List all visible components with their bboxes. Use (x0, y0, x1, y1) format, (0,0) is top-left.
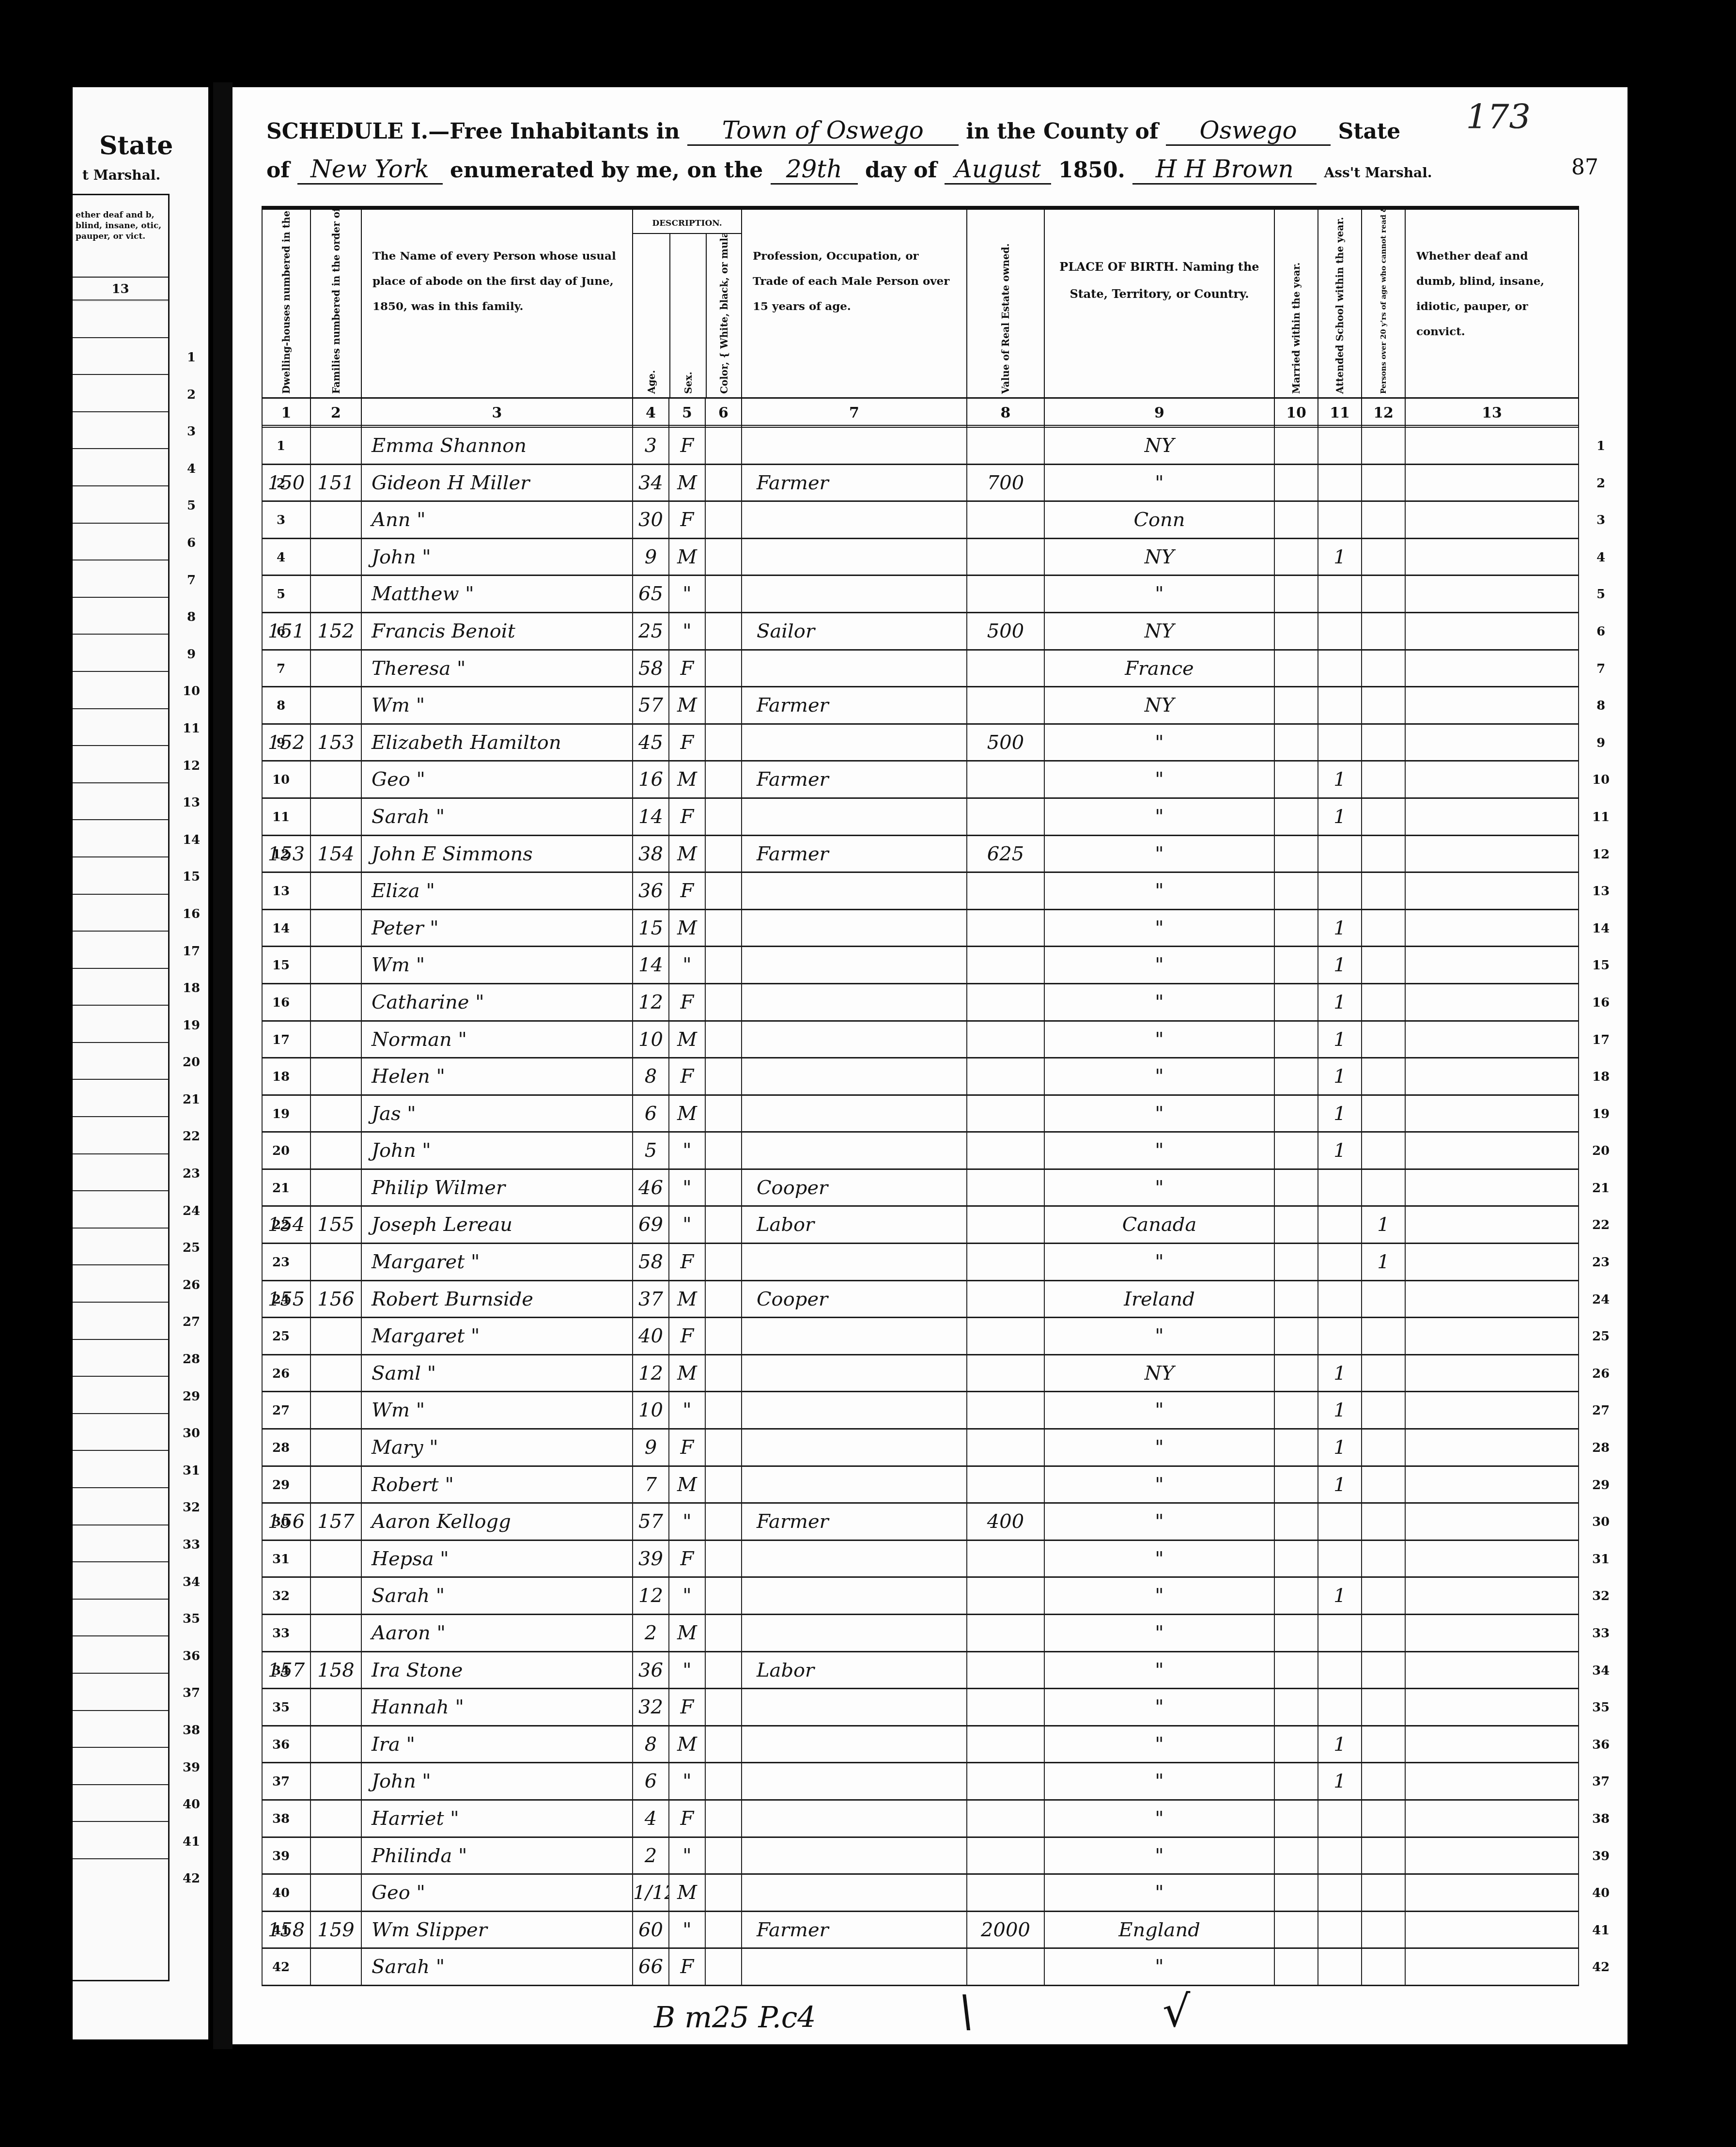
remarks-cell (1405, 947, 1579, 983)
school-mark-cell (1317, 428, 1361, 464)
sex-cell: M (668, 910, 705, 946)
place-of-birth-cell: " (1044, 1430, 1274, 1465)
married-mark-cell (1274, 725, 1317, 761)
person-name-cell: Robert Burnside (361, 1281, 632, 1317)
occupation-cell (741, 725, 966, 761)
person-name-cell: Harriet " (361, 1801, 632, 1836)
header-occupation: Profession, Occupation, or Trade of each… (741, 210, 966, 399)
color-cell (705, 984, 741, 1020)
sex-cell: F (668, 1689, 705, 1725)
real-estate-value-cell (966, 1615, 1044, 1651)
remarks-cell (1405, 1727, 1579, 1762)
occupation-cell (741, 1096, 966, 1132)
illiterate-mark-cell: 1 (1361, 1244, 1405, 1280)
family-number-cell (310, 910, 361, 946)
married-mark-cell (1274, 1207, 1317, 1243)
real-estate-value-cell (966, 1392, 1044, 1428)
sex-cell: " (668, 1133, 705, 1168)
real-estate-value-cell (966, 984, 1044, 1020)
row-number-left: 11 (271, 799, 291, 836)
row-number-right: 1 (1584, 428, 1618, 465)
age-cell: 57 (632, 1504, 668, 1540)
age-cell: 3 (632, 428, 668, 464)
sex-cell: F (668, 1801, 705, 1836)
age-cell: 10 (632, 1022, 668, 1058)
married-mark-cell (1274, 1281, 1317, 1317)
school-mark-cell: 1 (1317, 762, 1361, 797)
column-number: 5 (668, 399, 705, 428)
remarks-cell (1405, 613, 1579, 649)
place-of-birth-cell: Ireland (1044, 1281, 1274, 1317)
table-row: Philinda "2"" (262, 1838, 1579, 1875)
age-cell: 12 (632, 984, 668, 1020)
color-cell (705, 1838, 741, 1874)
illiterate-mark-cell (1361, 1170, 1405, 1206)
real-estate-value-cell (966, 1875, 1044, 1911)
family-number-cell (310, 1096, 361, 1132)
color-cell (705, 1096, 741, 1132)
table-row: 153154John E Simmons38MFarmer625" (262, 836, 1579, 873)
school-mark-cell: 1 (1317, 539, 1361, 575)
row-number-left: 6 (271, 613, 291, 651)
age-cell: 14 (632, 799, 668, 835)
illiterate-mark-cell (1361, 687, 1405, 723)
left-page-row (73, 1340, 168, 1377)
occupation-cell (741, 984, 966, 1020)
column-number: 8 (966, 399, 1044, 428)
sex-cell: M (668, 539, 705, 575)
real-estate-value-cell (966, 873, 1044, 909)
married-mark-cell (1274, 1875, 1317, 1911)
row-number-left: 26 (271, 1355, 291, 1393)
occupation-cell (741, 1392, 966, 1428)
remarks-cell (1405, 1430, 1579, 1465)
remarks-cell (1405, 762, 1579, 797)
illiterate-mark-cell (1361, 1281, 1405, 1317)
left-page-row (73, 635, 168, 672)
header-married: Married within the year. (1274, 210, 1317, 399)
family-number-cell (310, 1244, 361, 1280)
occupation-cell: Sailor (741, 613, 966, 649)
place-of-birth-cell: " (1044, 1318, 1274, 1354)
state-label: State (1338, 119, 1400, 144)
table-row: Mary "9F"1 (262, 1430, 1579, 1467)
sex-cell: M (668, 687, 705, 723)
real-estate-value-cell (966, 910, 1044, 946)
table-row: Wm "10""1 (262, 1392, 1579, 1430)
age-cell: 8 (632, 1058, 668, 1094)
row-number-left: 9 (271, 725, 291, 762)
remarks-cell (1405, 836, 1579, 872)
census-page: SCHEDULE I.—Free Inhabitants in Town of … (232, 87, 1627, 2044)
real-estate-value-cell (966, 576, 1044, 612)
real-estate-value-cell (966, 1355, 1044, 1391)
left-page-row (73, 672, 168, 709)
color-cell (705, 799, 741, 835)
occupation-cell (741, 1318, 966, 1354)
row-number-left: 36 (271, 1727, 291, 1764)
place-of-birth-cell: " (1044, 947, 1274, 983)
school-mark-cell (1317, 1838, 1361, 1874)
sex-cell: M (668, 1727, 705, 1762)
row-number-right: 19 (1584, 1096, 1618, 1133)
left-page-row-number: 2 (179, 376, 203, 414)
illiterate-mark-cell (1361, 1467, 1405, 1503)
header-school: Attended School within the year. (1317, 210, 1361, 399)
row-number-left: 25 (271, 1318, 291, 1355)
married-mark-cell (1274, 1022, 1317, 1058)
color-cell (705, 1949, 741, 1985)
table-row: John "6""1 (262, 1763, 1579, 1801)
occupation-cell (741, 910, 966, 946)
remarks-cell (1405, 428, 1579, 464)
color-cell (705, 1355, 741, 1391)
illiterate-mark-cell (1361, 1318, 1405, 1354)
real-estate-value-cell (966, 1578, 1044, 1614)
school-mark-cell: 1 (1317, 910, 1361, 946)
family-number-cell (310, 651, 361, 686)
header-description: DESCRIPTION. (633, 210, 741, 234)
illiterate-mark-cell (1361, 1615, 1405, 1651)
row-number-right: 9 (1584, 725, 1618, 762)
person-name-cell: Gideon H Miller (361, 465, 632, 501)
age-cell: 58 (632, 1244, 668, 1280)
left-page-row (73, 449, 168, 486)
real-estate-value-cell (966, 1096, 1044, 1132)
place-of-birth-cell: " (1044, 725, 1274, 761)
left-page-marshal-label: t Marshal. (82, 167, 160, 183)
left-page-row-number: 39 (179, 1749, 203, 1787)
book-binding-gutter (213, 82, 232, 2049)
school-mark-cell: 1 (1317, 1763, 1361, 1799)
remarks-cell (1405, 725, 1579, 761)
real-estate-value-cell (966, 1801, 1044, 1836)
row-number-right: 35 (1584, 1689, 1618, 1727)
table-row: Ira "8M"1 (262, 1727, 1579, 1764)
illiterate-mark-cell (1361, 502, 1405, 538)
row-number-left: 17 (271, 1022, 291, 1059)
color-cell (705, 1281, 741, 1317)
row-number-left: 41 (271, 1912, 291, 1949)
real-estate-value-cell (966, 1949, 1044, 1985)
left-page-row (73, 1600, 168, 1637)
person-name-cell: John E Simmons (361, 836, 632, 872)
row-number-right: 22 (1584, 1207, 1618, 1244)
row-number-left: 37 (271, 1763, 291, 1801)
row-number-left: 1 (271, 428, 291, 465)
left-page-row-number: 16 (179, 896, 203, 933)
column-number: 3 (361, 399, 632, 428)
illiterate-mark-cell (1361, 1541, 1405, 1577)
left-page-row-number: 6 (179, 525, 203, 562)
table-row: Catharine "12F"1 (262, 984, 1579, 1022)
year-label: 1850. (1058, 158, 1125, 183)
place-of-birth-cell: " (1044, 984, 1274, 1020)
person-name-cell: Ann " (361, 502, 632, 538)
bottom-annotations: B m25 P.c4 \ √ (232, 2001, 1627, 2049)
sex-cell: M (668, 1355, 705, 1391)
row-number-left: 22 (271, 1207, 291, 1244)
left-page-row-number: 10 (179, 673, 203, 710)
remarks-cell (1405, 465, 1579, 501)
sex-cell: " (668, 613, 705, 649)
school-mark-cell: 1 (1317, 799, 1361, 835)
left-page-row-number: 14 (179, 822, 203, 859)
table-row: Peter "15M"1 (262, 910, 1579, 948)
married-mark-cell (1274, 465, 1317, 501)
school-mark-cell: 1 (1317, 1727, 1361, 1762)
illiterate-mark-cell: 1 (1361, 1207, 1405, 1243)
left-page-row-number: 30 (179, 1415, 203, 1452)
remarks-cell (1405, 1207, 1579, 1243)
family-number-cell (310, 1355, 361, 1391)
married-mark-cell (1274, 1355, 1317, 1391)
age-cell: 15 (632, 910, 668, 946)
color-cell (705, 1170, 741, 1206)
illiterate-mark-cell (1361, 1801, 1405, 1836)
family-number-cell (310, 1689, 361, 1725)
place-of-birth-cell: " (1044, 1615, 1274, 1651)
occupation-cell (741, 1467, 966, 1503)
sex-cell: M (668, 1467, 705, 1503)
illiterate-mark-cell (1361, 1058, 1405, 1094)
left-page-row (73, 1117, 168, 1154)
row-number-right: 36 (1584, 1727, 1618, 1764)
married-mark-cell (1274, 1318, 1317, 1354)
occupation-cell: Farmer (741, 762, 966, 797)
person-name-cell: Hannah " (361, 1689, 632, 1725)
remarks-cell (1405, 651, 1579, 686)
married-mark-cell (1274, 1652, 1317, 1688)
color-cell (705, 428, 741, 464)
column-number: 6 (705, 399, 741, 428)
page-number: 87 (1571, 155, 1598, 180)
age-cell: 38 (632, 836, 668, 872)
real-estate-value-cell: 700 (966, 465, 1044, 501)
person-name-cell: Mary " (361, 1430, 632, 1465)
real-estate-value-cell (966, 1170, 1044, 1206)
left-page-row (73, 1785, 168, 1822)
age-cell: 30 (632, 502, 668, 538)
sex-cell: F (668, 428, 705, 464)
county-label: in the County of (966, 119, 1158, 144)
real-estate-value-cell (966, 1763, 1044, 1799)
married-mark-cell (1274, 1615, 1317, 1651)
row-number-right: 8 (1584, 687, 1618, 725)
color-cell (705, 1133, 741, 1168)
left-page-row (73, 1525, 168, 1563)
place-of-birth-cell: NY (1044, 539, 1274, 575)
family-number-cell (310, 1170, 361, 1206)
color-cell (705, 1430, 741, 1465)
place-of-birth-cell: " (1044, 1058, 1274, 1094)
column-numbers: 12345678910111213 (262, 399, 1579, 428)
place-of-birth-cell: " (1044, 1652, 1274, 1688)
header-remarks: Whether deaf and dumb, blind, insane, id… (1405, 210, 1579, 399)
day-field: 29th (771, 155, 858, 185)
left-page-row (73, 1748, 168, 1785)
place-of-birth-cell: " (1044, 1022, 1274, 1058)
left-page-row (73, 895, 168, 932)
header-real-estate: Value of Real Estate owned. (966, 210, 1044, 399)
row-number-right: 26 (1584, 1355, 1618, 1393)
header-sex: Sex. (669, 234, 706, 399)
row-number-right: 2 (1584, 465, 1618, 502)
person-name-cell: Francis Benoit (361, 613, 632, 649)
of-label: of (266, 158, 290, 183)
age-cell: 9 (632, 1430, 668, 1465)
left-page-row-number: 42 (179, 1860, 203, 1898)
person-name-cell: Joseph Lereau (361, 1207, 632, 1243)
row-numbers-right: 1234567891011121314151617181920212223242… (1584, 428, 1618, 1986)
row-number-right: 6 (1584, 613, 1618, 651)
occupation-cell (741, 1949, 966, 1985)
color-cell (705, 725, 741, 761)
age-cell: 34 (632, 465, 668, 501)
family-number-cell (310, 1430, 361, 1465)
tally-note: B m25 P.c4 (654, 2001, 816, 2035)
age-cell: 40 (632, 1318, 668, 1354)
place-of-birth-cell: " (1044, 1541, 1274, 1577)
school-mark-cell (1317, 502, 1361, 538)
row-number-left: 7 (271, 651, 291, 688)
table-row: Jas "6M"1 (262, 1096, 1579, 1133)
married-mark-cell (1274, 428, 1317, 464)
occupation-cell: Labor (741, 1207, 966, 1243)
remarks-cell (1405, 1170, 1579, 1206)
left-page-row (73, 969, 168, 1006)
school-mark-cell (1317, 687, 1361, 723)
school-mark-cell (1317, 1318, 1361, 1354)
married-mark-cell (1274, 539, 1317, 575)
left-page-row (73, 598, 168, 635)
remarks-cell (1405, 1838, 1579, 1874)
left-page-row-number: 33 (179, 1526, 203, 1564)
left-page-row (73, 820, 168, 857)
person-name-cell: Wm " (361, 687, 632, 723)
left-adjacent-page: State t Marshal. ether deaf and b, blind… (73, 87, 208, 2039)
table-row: 158159Wm Slipper60"Farmer2000England (262, 1912, 1579, 1949)
illiterate-mark-cell (1361, 465, 1405, 501)
illiterate-mark-cell (1361, 910, 1405, 946)
family-number-cell (310, 1578, 361, 1614)
place-of-birth-cell: " (1044, 1763, 1274, 1799)
family-number-cell: 158 (310, 1652, 361, 1688)
remarks-cell (1405, 1875, 1579, 1911)
real-estate-value-cell (966, 428, 1044, 464)
left-page-row-number: 22 (179, 1118, 203, 1155)
occupation-cell (741, 1578, 966, 1614)
illiterate-mark-cell (1361, 762, 1405, 797)
married-mark-cell (1274, 1133, 1317, 1168)
school-mark-cell (1317, 465, 1361, 501)
illiterate-mark-cell (1361, 1355, 1405, 1391)
row-number-left: 33 (271, 1615, 291, 1652)
row-number-left: 42 (271, 1949, 291, 1986)
header-name: The Name of every Person whose usual pla… (361, 210, 632, 399)
header-color: Color, { White, black, or mulatto. (706, 234, 742, 399)
row-number-right: 15 (1584, 947, 1618, 984)
family-number-cell (310, 502, 361, 538)
table-row: Wm "14""1 (262, 947, 1579, 984)
table-row: 150151Gideon H Miller34MFarmer700" (262, 465, 1579, 502)
left-page-row (73, 1006, 168, 1043)
place-of-birth-cell: " (1044, 1133, 1274, 1168)
remarks-cell (1405, 1504, 1579, 1540)
table-row: Wm "57MFarmerNY (262, 687, 1579, 725)
remarks-cell (1405, 1467, 1579, 1503)
school-mark-cell (1317, 725, 1361, 761)
left-page-row (73, 1377, 168, 1414)
occupation-cell (741, 947, 966, 983)
family-number-cell: 159 (310, 1912, 361, 1948)
person-name-cell: Eliza " (361, 873, 632, 909)
illiterate-mark-cell (1361, 984, 1405, 1020)
row-number-left: 15 (271, 947, 291, 984)
person-name-cell: Hepsa " (361, 1541, 632, 1577)
left-page-state-label: State (99, 131, 173, 160)
left-page-row-number: 38 (179, 1712, 203, 1749)
row-number-right: 37 (1584, 1763, 1618, 1801)
real-estate-value-cell (966, 1727, 1044, 1762)
remarks-cell (1405, 539, 1579, 575)
place-of-birth-cell: " (1044, 465, 1274, 501)
married-mark-cell (1274, 1801, 1317, 1836)
row-number-right: 38 (1584, 1801, 1618, 1838)
left-page-row-number: 37 (179, 1675, 203, 1712)
row-number-left: 40 (271, 1875, 291, 1912)
row-number-right: 39 (1584, 1838, 1618, 1875)
sex-cell: F (668, 1244, 705, 1280)
table-row: Matthew "65"" (262, 576, 1579, 613)
married-mark-cell (1274, 1763, 1317, 1799)
family-number-cell (310, 1467, 361, 1503)
color-cell (705, 1541, 741, 1577)
illiterate-mark-cell (1361, 873, 1405, 909)
color-cell (705, 1244, 741, 1280)
remarks-cell (1405, 1281, 1579, 1317)
table-row: Margaret "40F" (262, 1318, 1579, 1355)
family-number-cell (310, 1541, 361, 1577)
real-estate-value-cell (966, 1133, 1044, 1168)
header-age: Age. (633, 234, 669, 399)
left-page-row-number: 35 (179, 1601, 203, 1638)
married-mark-cell (1274, 1541, 1317, 1577)
married-mark-cell (1274, 613, 1317, 649)
age-cell: 32 (632, 1689, 668, 1725)
place-of-birth-cell: " (1044, 1689, 1274, 1725)
occupation-cell (741, 1763, 966, 1799)
row-number-left: 23 (271, 1244, 291, 1281)
sex-cell: " (668, 1392, 705, 1428)
family-number-cell: 156 (310, 1281, 361, 1317)
place-of-birth-cell: " (1044, 1170, 1274, 1206)
age-cell: 8 (632, 1727, 668, 1762)
color-cell (705, 762, 741, 797)
row-number-right: 18 (1584, 1058, 1618, 1096)
occupation-cell: Farmer (741, 1504, 966, 1540)
remarks-cell (1405, 1949, 1579, 1985)
left-page-row-number: 12 (179, 747, 203, 785)
person-name-cell: Ira " (361, 1727, 632, 1762)
family-number-cell (310, 1058, 361, 1094)
illiterate-mark-cell (1361, 1022, 1405, 1058)
remarks-cell (1405, 576, 1579, 612)
illiterate-mark-cell (1361, 947, 1405, 983)
real-estate-value-cell (966, 1430, 1044, 1465)
person-name-cell: Philip Wilmer (361, 1170, 632, 1206)
sex-cell: M (668, 1615, 705, 1651)
